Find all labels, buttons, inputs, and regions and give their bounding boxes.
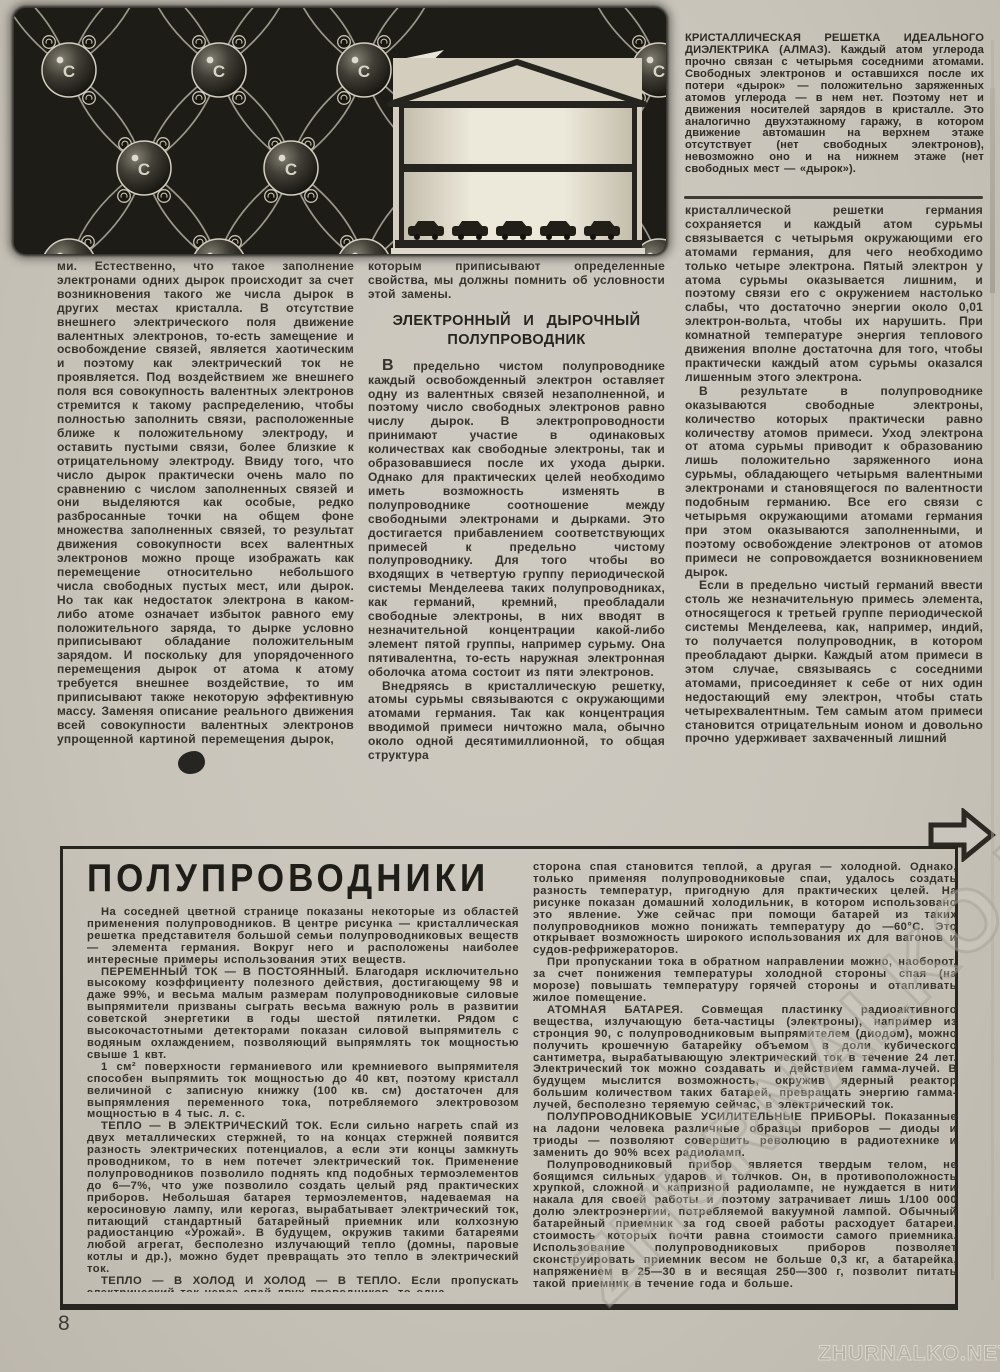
paragraph: КРИСТАЛЛИЧЕСКАЯ РЕШЕТКА ИДЕАЛЬНОГО ДИЭЛЕ… <box>685 33 984 176</box>
column-middle: которым приписывают определенные свойств… <box>368 260 665 832</box>
column-left: ми. Естественно, что такое заполнение эл… <box>57 260 354 820</box>
section-heading-line2: ПОЛУПРОВОДНИК <box>368 332 665 350</box>
magazine-page: C <box>0 0 1000 1372</box>
paragraph: ТЕПЛО — В ЭЛЕКТРИЧЕСКИЙ ТОК. Если сильно… <box>87 1121 519 1276</box>
paragraph: Внедряясь в кристаллическую решетку, ато… <box>368 680 665 763</box>
scan-edge-artifact <box>990 88 995 293</box>
paragraph: которым приписывают определенные свойств… <box>368 260 665 302</box>
lattice-garage-drawing: C <box>14 8 666 254</box>
paragraph-lead: ПЕРЕМЕННЫЙ ТОК — В ПОСТОЯННЫЙ. <box>101 966 349 978</box>
paragraph: В результате в полупроводнике оказываютс… <box>685 385 983 580</box>
semiconductors-feature-box: ПОЛУПРОВОДНИКИ На соседней цветной стран… <box>60 846 958 1310</box>
box-column-left: На соседней цветной странице показаны не… <box>87 907 519 1292</box>
paragraph: ТЕПЛО — В ХОЛОД И ХОЛОД — В ТЕПЛО. Если … <box>87 1276 519 1292</box>
paragraph: кристаллической решетки германия сохраня… <box>685 204 983 385</box>
paragraph-lead: ПОЛУПРОВОДНИКОВЫЕ УСИЛИТЕЛЬНЫЕ ПРИБОРЫ. <box>547 1111 876 1123</box>
section-heading-line1: ЭЛЕКТРОННЫЙ И ДЫРОЧНЫЙ <box>368 313 665 331</box>
paragraph: ми. Естественно, что такое заполнение эл… <box>57 260 354 747</box>
diamond-lattice-caption: КРИСТАЛЛИЧЕСКАЯ РЕШЕТКА ИДЕАЛЬНОГО ДИЭЛЕ… <box>685 22 984 194</box>
paragraph: ПОЛУПРОВОДНИКОВЫЕ УСИЛИТЕЛЬНЫЕ ПРИБОРЫ. … <box>533 1112 957 1160</box>
column-right: кристаллической решетки германия сохраня… <box>685 204 983 818</box>
garage-illustration <box>390 50 645 254</box>
paragraph-lead: АТОМНАЯ БАТАРЕЯ. <box>547 1004 683 1016</box>
caption-divider <box>684 196 983 199</box>
paragraph: ПЕРЕМЕННЫЙ ТОК — В ПОСТОЯННЫЙ. Благодаря… <box>87 967 519 1062</box>
paragraph: В предельно чистом полупроводнике каждый… <box>368 359 665 680</box>
paragraph: сторона спая становится теплой, а другая… <box>533 862 957 957</box>
paragraph: На соседней цветной странице показаны не… <box>87 907 519 967</box>
paragraph: Если в предельно чистый германий ввести … <box>685 579 983 746</box>
paragraph: При пропускании тока в обратном направле… <box>533 957 957 1005</box>
paragraph: АТОМНАЯ БАТАРЕЯ. Совмещая пластинку ради… <box>533 1005 957 1112</box>
paragraph: Полупроводниковый прибор является тверды… <box>533 1160 957 1291</box>
initial-letter: В <box>382 357 394 374</box>
paragraph-lead: ТЕПЛО — В ХОЛОД И ХОЛОД — В ТЕПЛО. <box>101 1275 401 1287</box>
box-column-right: сторона спая становится теплой, а другая… <box>533 862 957 1292</box>
paragraph: 1 см² поверхности германиевого или кремн… <box>87 1062 519 1122</box>
crystal-lattice-illustration: C <box>14 8 666 254</box>
watermark-corner: ZHURNALKO.NET <box>818 1342 1000 1366</box>
paragraph-lead: ТЕПЛО — В ЭЛЕКТРИЧЕСКИЙ ТОК. <box>101 1120 323 1132</box>
page-number: 8 <box>58 1312 70 1336</box>
box-title: ПОЛУПРОВОДНИКИ <box>87 857 489 901</box>
caption-body: Каждый атом углерода прочно связан с чет… <box>685 44 984 175</box>
